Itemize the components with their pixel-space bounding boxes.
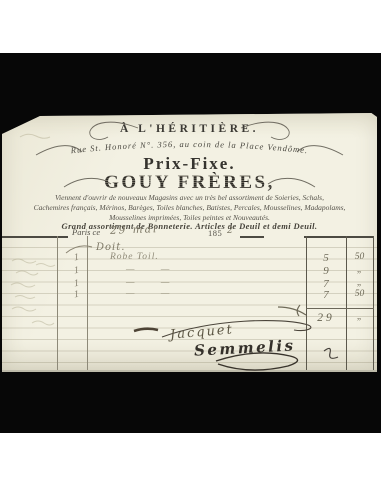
ledger-total-row: 29 „ [2,312,377,326]
row-quantity: 1 [73,265,79,277]
row-description-ditto: — — [126,278,170,288]
row-centimes: 50 [346,252,373,262]
handwritten-date: 29 mai [110,223,159,237]
ledger-row: 1 — — 7 50 [2,289,377,302]
ink-smudge [134,329,158,331]
row-description-ditto: — — [126,265,170,275]
scanned-invoice-photo: Rue St. Honoré N°. 356, au coin de la Pl… [0,0,381,492]
row-centimes: „ [346,278,373,288]
address-arc-text: Rue St. Honoré N°. 356, au coin de la Pl… [69,139,308,155]
announcement-line-2: Cachemires français, Mérinos, Barèges, T… [2,203,377,212]
handwritten-year-digit: 2 [227,226,233,236]
ledger-row: 1 — — 9 „ [2,265,377,278]
ledger-row: 1 Robe Toil. 5 50 [2,252,377,265]
price-fixe-label: Prix-Fixe. [2,154,377,174]
row-description: Robe Toil. [110,252,159,262]
total-centimes: „ [346,312,373,322]
announcement-line-4: Grand assortiment de Bonneterie. Article… [2,221,377,231]
printed-year: 185 [208,228,222,238]
company-name: GOUY FRÈRES, [2,172,377,194]
invoice-paper: Rue St. Honoré N°. 356, au coin de la Pl… [2,113,377,372]
row-centimes: „ [346,265,373,275]
row-quantity: 1 [73,278,79,290]
row-quantity: 1 [73,252,79,264]
row-francs: 5 [306,252,346,264]
row-description-ditto: — — [126,289,170,299]
row-francs: 9 [306,265,346,277]
shop-sign: À L'HÉRITIÈRE. [2,123,377,135]
row-centimes: 50 [346,289,373,299]
row-quantity: 1 [73,289,79,301]
row-francs: 7 [306,289,346,301]
announcement-line-1: Viennent d'ouvrir de nouveaux Magasins a… [2,193,377,202]
date-place-label: Paris ce [72,227,100,237]
total-francs: 29 [306,312,346,324]
